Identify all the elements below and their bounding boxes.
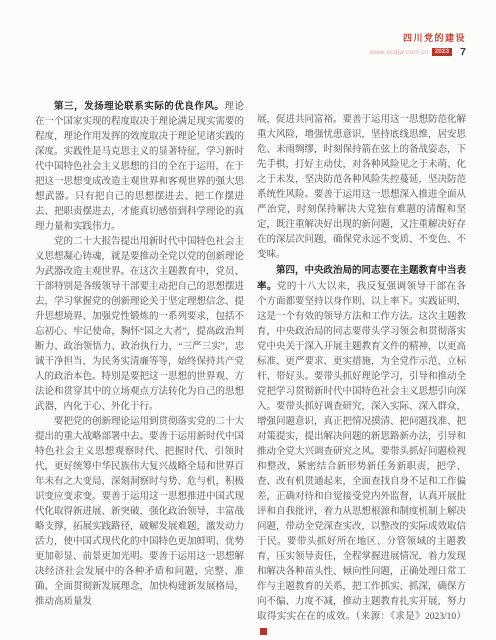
source-note: （来源：《求是》2023/10） — [356, 612, 466, 622]
paragraph-text: 要把党的创新理论运用到贯彻落实党的二十大提出的重大战略部署中去。要善于运用新时代… — [35, 417, 244, 607]
magazine-website: www.scdjw.com.cn — [370, 49, 429, 56]
paragraph-continuation: 展，促进共同富裕。要善于运用这一思想防范化解重大风险，增强忧患意识，坚持底线思维… — [257, 113, 466, 263]
magazine-meta: www.scdjw.com.cn 2023 7 — [370, 46, 466, 58]
magazine-header: 四川党的建设 www.scdjw.com.cn 2023 7 — [370, 31, 466, 58]
year-badge: 2023 — [432, 48, 452, 57]
page-number: 7 — [460, 46, 466, 58]
magazine-title: 四川党的建设 — [370, 31, 466, 44]
paragraph-text: 党的十八大以来，我反复强调领导干部在各个方面都要坚持以身作则、以上率下。实践证明… — [257, 282, 466, 622]
paragraph-text: 党的二十大报告提出用新时代中国特色社会主义思想凝心铸魂，就是要推动全党以党的创新… — [35, 237, 244, 412]
magazine-page: 四川党的建设 www.scdjw.com.cn 2023 7 第三，发扬理论联系… — [0, 0, 496, 640]
article-body: 第三，发扬理论联系实际的优良作风。理论在一个国家实现的程度取决于理论满足现实需要… — [35, 99, 466, 640]
paragraph-text: 理论在一个国家实现的程度取决于理论满足现实需要的程度，理论作用发挥的效度取决于理… — [35, 102, 244, 232]
paragraph: 要把党的创新理论运用到贯彻落实党的二十大提出的重大战略部署中去。要善于运用新时代… — [35, 415, 244, 610]
right-column: 展，促进共同富裕。要善于运用这一思想防范化解重大风险，增强忧患意识，坚持底线思维… — [257, 99, 466, 640]
paragraph-text: 展，促进共同富裕。要善于运用这一思想防范化解重大风险，增强忧患意识，坚持底线思维… — [257, 115, 466, 260]
article-end-mark-icon — [260, 628, 267, 635]
paragraph: 党的二十大报告提出用新时代中国特色社会主义思想凝心铸魂，就是要推动全党以党的创新… — [35, 235, 244, 415]
left-column: 第三，发扬理论联系实际的优良作风。理论在一个国家实现的程度取决于理论满足现实需要… — [35, 99, 244, 640]
paragraph-lead: 第三，发扬理论联系实际的优良作风。 — [54, 101, 224, 112]
paragraph: 第三，发扬理论联系实际的优良作风。理论在一个国家实现的程度取决于理论满足现实需要… — [35, 99, 244, 235]
paragraph: 第四，中央政治局的同志要在主题教育中当表率。党的十八大以来，我反复强调领导干部在… — [257, 263, 466, 640]
